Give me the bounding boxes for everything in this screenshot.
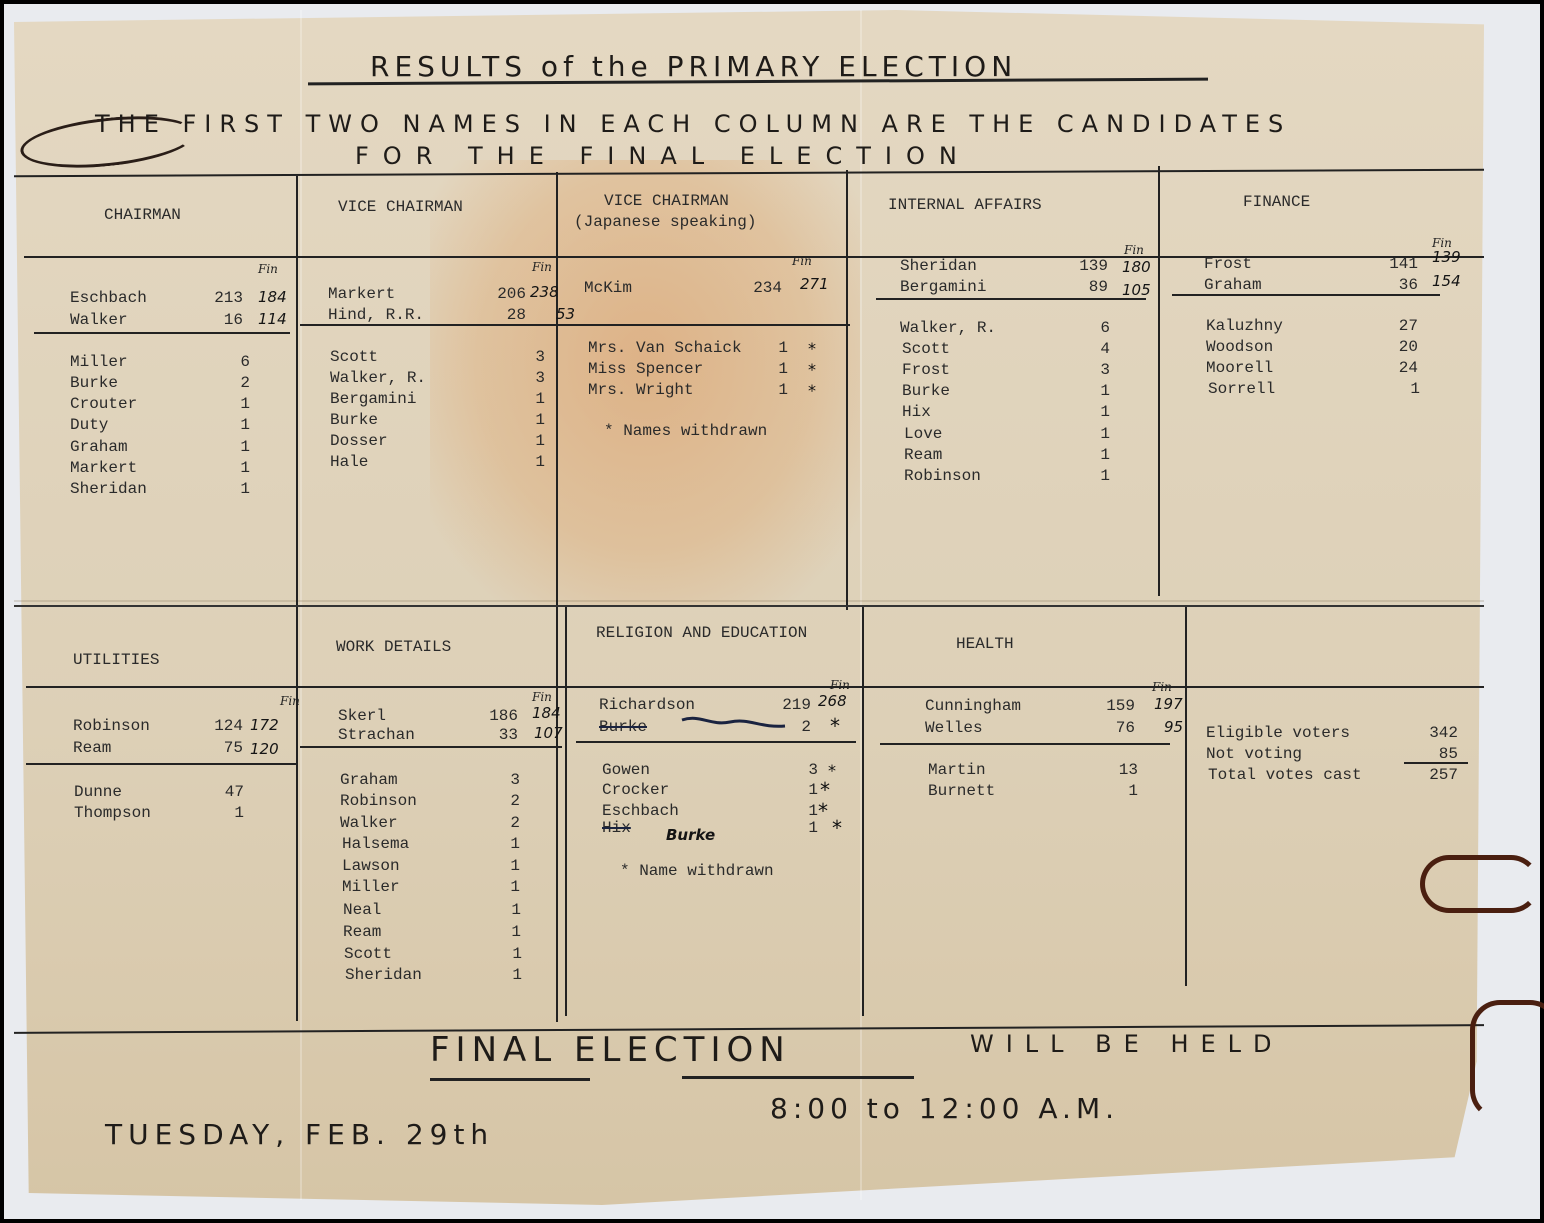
row-divider xyxy=(14,605,1484,607)
section-header: VICE CHAIRMAN xyxy=(604,192,729,210)
header-divider xyxy=(24,256,1484,258)
final-label: Fin xyxy=(258,262,278,276)
header-divider xyxy=(26,686,1484,688)
sum-line xyxy=(1404,762,1468,764)
section-header: VICE CHAIRMAN xyxy=(338,198,463,216)
final-label: Fin xyxy=(532,690,552,704)
section-subheader: (Japanese speaking) xyxy=(574,213,756,231)
eligible-voters-row: Eligible voters342 xyxy=(1206,723,1460,744)
candidate-divider xyxy=(576,741,856,743)
candidate-divider xyxy=(876,298,1146,300)
withdrawn-asterisk: * xyxy=(808,359,816,380)
section-header: UTILITIES xyxy=(73,651,159,669)
footer-time: 8:00 to 12:00 A.M. xyxy=(770,1092,1119,1125)
final-label: Fin xyxy=(1152,680,1172,694)
footer-will-be-held: WILL BE HELD xyxy=(970,1030,1284,1058)
withdrawn-asterisk: * xyxy=(808,338,816,359)
column-divider xyxy=(565,606,567,1016)
withdrawn-asterisk: * xyxy=(808,380,816,401)
section-header: CHAIRMAN xyxy=(104,206,181,224)
candidate-divider xyxy=(880,743,1170,745)
withdrawn-note: * Name withdrawn xyxy=(620,862,774,880)
final-label: Fin xyxy=(830,678,850,692)
other-row: Mrs. Wright1* xyxy=(588,380,828,401)
final-label: Fin xyxy=(280,694,300,708)
scribble-mark xyxy=(680,712,790,736)
section-header: HEALTH xyxy=(956,635,1014,653)
section-header: WORK DETAILS xyxy=(336,638,451,656)
final-label: Fin xyxy=(792,254,812,268)
final-label: Fin xyxy=(1124,243,1144,257)
withdrawn-note: * Names withdrawn xyxy=(604,422,767,440)
underline xyxy=(682,1076,914,1079)
final-label: Fin xyxy=(532,260,552,274)
underline xyxy=(430,1078,590,1081)
total-votes-row: Total votes cast257 xyxy=(1208,765,1462,786)
other-row: Miss Spencer1* xyxy=(588,359,828,380)
document-title: RESULTS of the PRIMARY ELECTION xyxy=(370,50,1017,83)
column-divider xyxy=(846,170,848,610)
footer-final-election: FINAL ELECTION xyxy=(430,1030,791,1070)
section-header: RELIGION AND EDUCATION xyxy=(596,624,807,642)
candidate-divider xyxy=(300,746,562,748)
paperclip-mark xyxy=(1420,855,1540,913)
subtitle-line-1: THE FIRST TWO NAMES IN EACH COLUMN ARE T… xyxy=(95,110,1291,138)
column-divider xyxy=(1158,166,1160,596)
section-header: FINANCE xyxy=(1243,193,1310,211)
column-divider xyxy=(296,176,298,1021)
paperclip-mark xyxy=(1470,1000,1544,1120)
column-divider xyxy=(862,606,864,1016)
other-row: Mrs. Van Schaick1* xyxy=(588,338,828,359)
handwritten-name: Burke xyxy=(666,826,715,844)
withdrawn-asterisk: * xyxy=(830,714,840,738)
subtitle-line-2: FOR THE FINAL ELECTION xyxy=(355,142,971,170)
candidate-divider xyxy=(26,763,296,765)
candidate-divider xyxy=(34,332,290,334)
fold-crease xyxy=(14,600,1484,602)
column-divider xyxy=(1185,606,1187,986)
footer-date: TUESDAY, FEB. 29th xyxy=(105,1118,494,1151)
section-header: INTERNAL AFFAIRS xyxy=(888,196,1042,214)
